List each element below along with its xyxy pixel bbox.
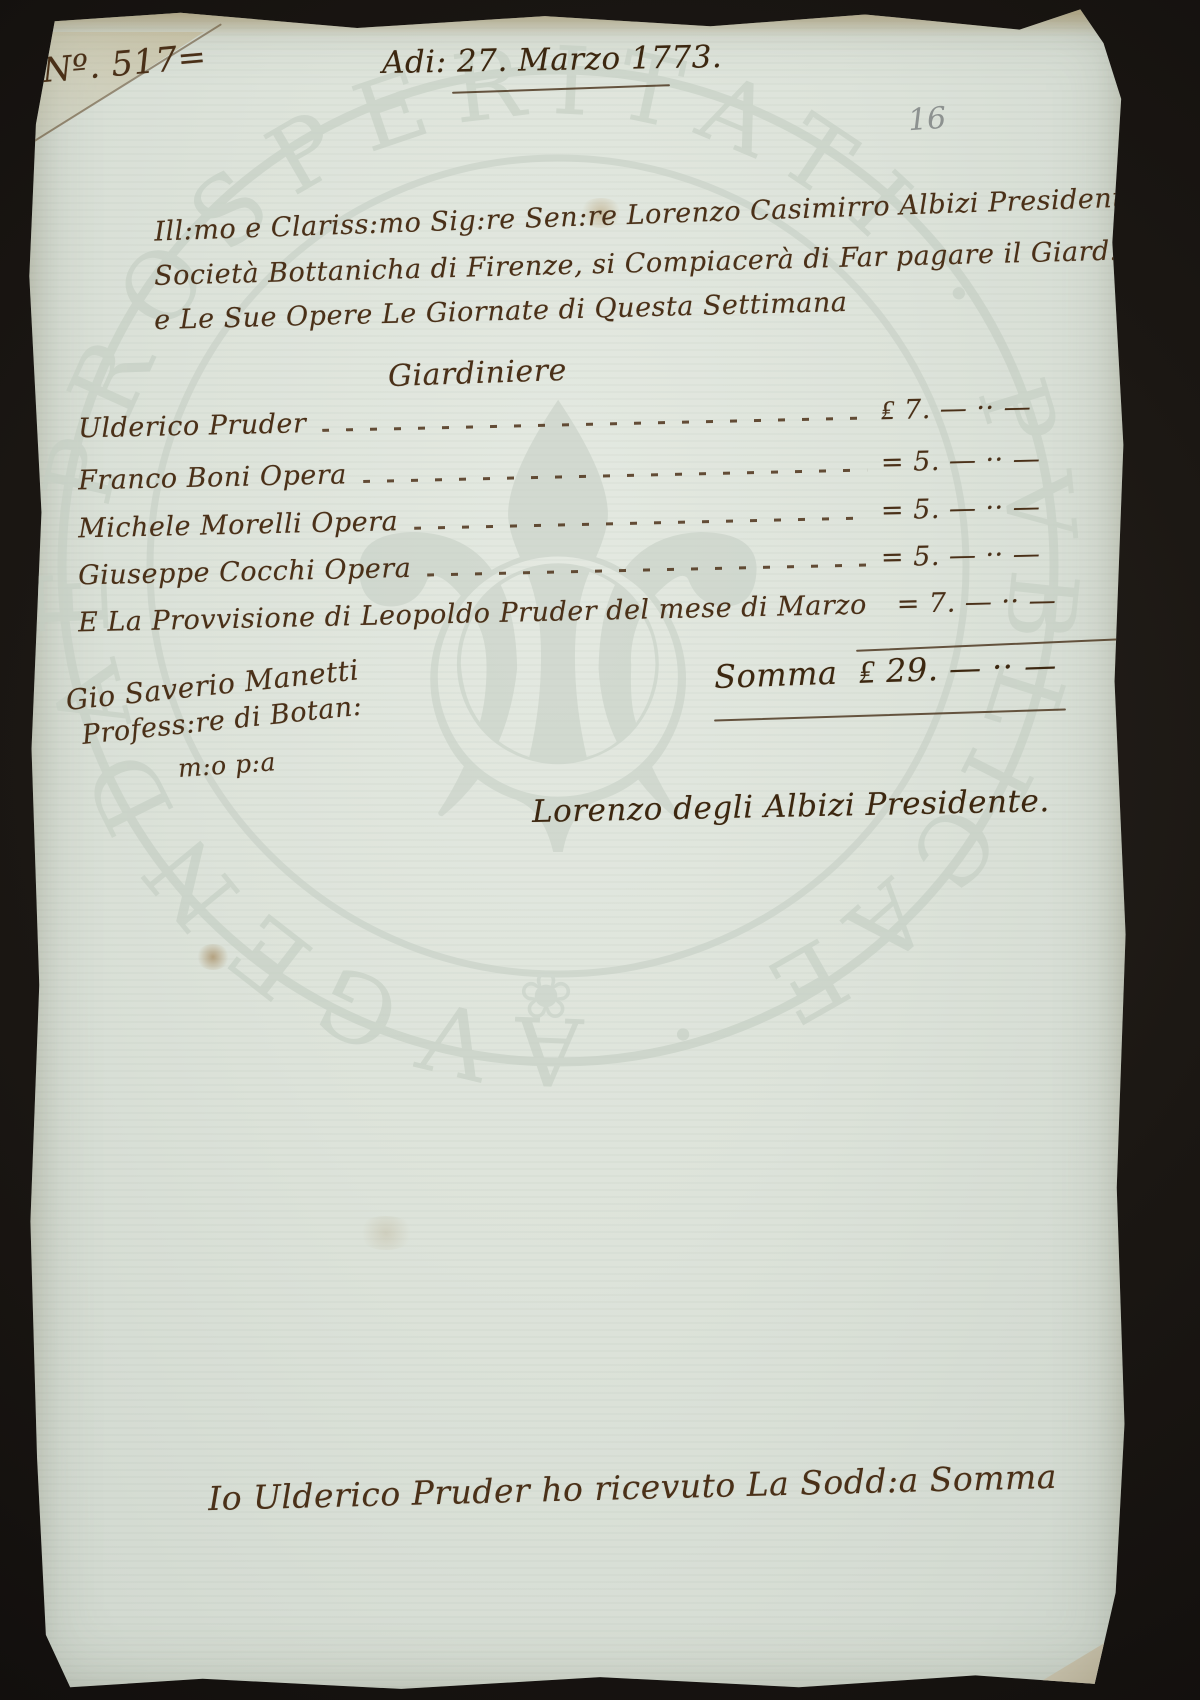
body-line-3: e Le Sue Opere Le Giornate di Questa Set… [154, 287, 848, 336]
curled-corner [1030, 1622, 1126, 1688]
somma-label: Somma [713, 654, 838, 696]
signature-manetti-line3: m:o p:a [177, 747, 277, 783]
entry-row: E La Provvisione di Leopoldo Pruder del … [78, 585, 1086, 639]
list-heading: Giardiniere [387, 353, 567, 394]
entry-amount: = 5. — ·· — [881, 491, 1087, 527]
folio-number-pencil: 16 [907, 101, 948, 139]
somma-line: Somma ₤ 29. — ·· — [713, 646, 1057, 696]
entry-leader [414, 517, 867, 530]
entry-row: Ulderico Pruder ₤ 7. — ·· — [78, 391, 1086, 445]
signature-albizi: Lorenzo degli Albizi Presidente. [532, 783, 1050, 830]
receipt-line: Io Ulderico Pruder ho ricevuto La Sodd:a… [208, 1457, 1058, 1518]
entry-amount: = 7. — ·· — [896, 584, 1102, 620]
rule-below-somma [714, 708, 1066, 721]
entry-leader [322, 417, 867, 432]
rosette-icon: ❀ [518, 957, 573, 1034]
entry-name: E La Provvisione di Leopoldo Pruder del … [78, 590, 867, 639]
stain [356, 1216, 416, 1250]
entry-amount: = 5. — ·· — [881, 443, 1087, 479]
scanned-document-page: PROSPERITATI · PVBLICAE · AVGENDAE · ⚜ ❀… [0, 0, 1200, 1700]
body-line-2: Società Bottanicha di Firenze, si Compia… [154, 235, 1137, 292]
entry-name: Franco Boni Opera [78, 459, 347, 496]
stain [196, 944, 230, 970]
entry-row: Giuseppe Cocchi Opera = 5. — ·· — [78, 538, 1086, 592]
somma-amount: ₤ 29. — ·· — [858, 646, 1057, 691]
entry-name: Ulderico Pruder [78, 408, 307, 444]
date-line: Adi: 27. Marzo 1773. [382, 39, 723, 81]
entry-leader [363, 469, 867, 483]
entry-row: Franco Boni Opera = 5. — ·· — [78, 443, 1086, 497]
paper-sheet: PROSPERITATI · PVBLICAE · AVGENDAE · ⚜ ❀… [26, 6, 1130, 1694]
entry-leader [427, 564, 867, 577]
entry-name: Giuseppe Cocchi Opera [78, 553, 412, 592]
entry-amount: = 5. — ·· — [881, 538, 1087, 574]
entry-name: Michele Morelli Opera [78, 506, 399, 544]
entry-row: Michele Morelli Opera = 5. — ·· — [78, 491, 1086, 545]
date-underline [452, 84, 670, 94]
entry-amount: ₤ 7. — ·· — [881, 391, 1087, 427]
